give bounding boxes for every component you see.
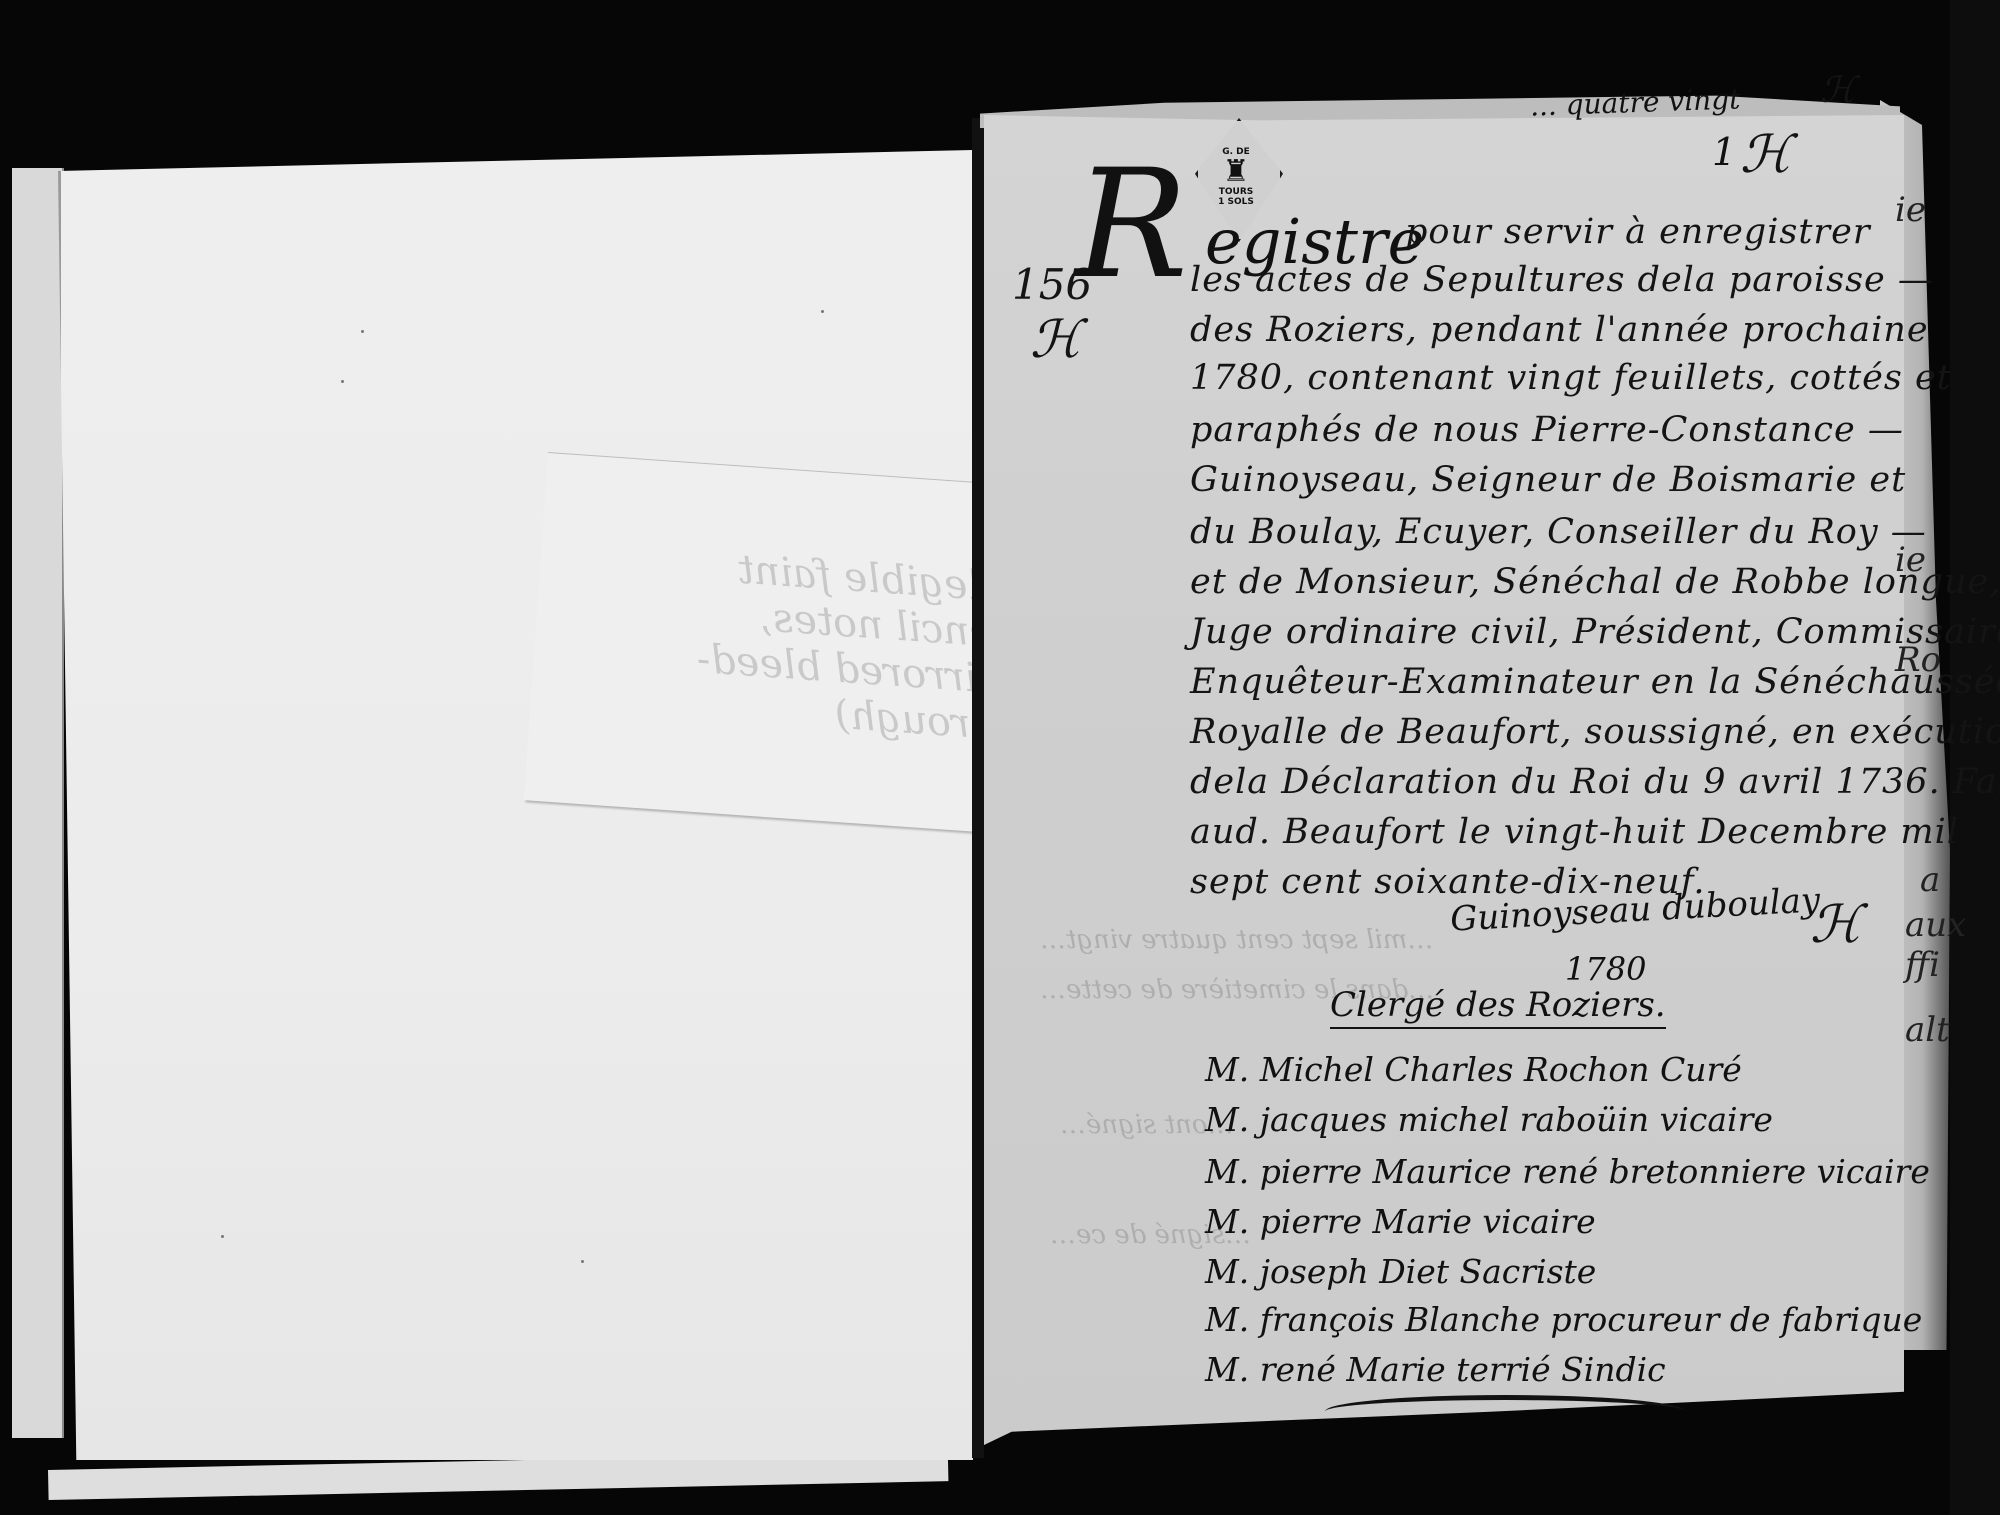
paraph-mark-icon: ℋ [1740, 125, 1791, 185]
clergy-member: M. pierre Marie vicaire [1205, 1202, 1596, 1241]
body-line: aud. Beaufort le vingt-huit Decembre mil [1190, 812, 1959, 852]
seal-text-right: TOURS [1219, 187, 1254, 197]
member-name: françois Blanche [1260, 1300, 1540, 1339]
paper-speck [341, 380, 344, 383]
body-line: les actes de Sepultures dela paroisse — [1190, 260, 1934, 300]
edge-fragment: Ro [1895, 640, 1941, 680]
inserted-paper-slip: (illegible faint pencil notes, mirrored … [524, 452, 1029, 834]
paper-speck [221, 1235, 224, 1238]
paper-speck [581, 1260, 584, 1263]
member-role: procureur de fabrique [1551, 1300, 1923, 1339]
binding-shadow [1950, 0, 2000, 1515]
clergy-member: M. Michel Charles Rochon Curé [1205, 1050, 1742, 1089]
edge-fragment: ie [1895, 540, 1926, 580]
body-line: des Roziers, pendant l'année prochaine [1190, 310, 1929, 350]
book-spine [972, 118, 984, 1458]
ink-bleed-through: …mil sept cent quatre vingt… [1040, 925, 1433, 955]
member-prefix: M. [1205, 1202, 1249, 1241]
edge-fragment: alt [1905, 1010, 1950, 1050]
body-line: Juge ordinaire civil, Président, Commiss… [1190, 612, 2000, 652]
member-prefix: M. [1205, 1152, 1249, 1191]
clergy-member: M. joseph Diet Sacriste [1205, 1252, 1596, 1291]
member-name: pierre Marie [1260, 1202, 1472, 1241]
body-line: paraphés de nous Pierre-Constance — [1190, 410, 1904, 450]
body-line: 1780, contenant vingt feuillets, cottés … [1190, 358, 1952, 398]
clergy-member: M. pierre Maurice rené bretonniere vicai… [1205, 1152, 1930, 1191]
clergy-member: M. rené Marie terrié Sindic [1205, 1350, 1666, 1389]
margin-paraph-icon: ℋ [1030, 310, 1081, 370]
member-role: Sindic [1561, 1350, 1666, 1389]
paraph-mark-icon: ℋ [1820, 70, 1856, 111]
member-name: jacques michel raboüin [1260, 1100, 1649, 1139]
member-role: vicaire [1660, 1100, 1773, 1139]
tower-icon: ♜ [1223, 157, 1250, 187]
edge-fragment: a [1920, 860, 1940, 900]
paper-speck [821, 310, 824, 313]
body-line: et de Monsieur, Sénéchal de Robbe longue… [1190, 562, 2000, 602]
body-line: Royalle de Beaufort, soussigné, en exécu… [1190, 712, 2000, 752]
edge-fragment: ffi [1905, 945, 1940, 985]
member-name: joseph Diet [1260, 1252, 1449, 1291]
body-line: Enquêteur-Examinateur en la Sénéchaussée… [1190, 662, 2000, 702]
edge-fragment: aux [1905, 905, 1966, 945]
title-initial: R [1075, 150, 1188, 300]
member-prefix: M. [1205, 1050, 1249, 1089]
underlying-leaf-edge [12, 168, 64, 1438]
clergy-member: M. françois Blanche procureur de fabriqu… [1205, 1300, 1922, 1339]
member-role: vicaire [1482, 1202, 1595, 1241]
signature-paraph-icon: ℋ [1810, 895, 1861, 955]
page-number: 1 [1712, 130, 1736, 174]
member-prefix: M. [1205, 1252, 1249, 1291]
body-line: dela Déclaration du Roi du 9 avril 1736.… [1190, 762, 2000, 802]
member-name: pierre Maurice rené bretonniere [1260, 1152, 1806, 1191]
closing-flourish [1325, 1395, 1685, 1428]
member-role: vicaire [1817, 1152, 1930, 1191]
member-role: Sacriste [1460, 1252, 1597, 1291]
member-name: Michel Charles Rochon [1260, 1050, 1650, 1089]
member-role: Curé [1660, 1050, 1742, 1089]
member-name: rené Marie terrié [1260, 1350, 1551, 1389]
paper-speck [361, 330, 364, 333]
body-line: Guinoyseau, Seigneur de Boismarie et [1190, 460, 1906, 500]
clergy-year: 1780 [1565, 950, 1646, 988]
clergy-header: Clergé des Roziers. [1330, 985, 1666, 1029]
body-line: du Boulay, Ecuyer, Conseiller du Roy — [1190, 512, 1927, 552]
member-prefix: M. [1205, 1300, 1249, 1339]
member-prefix: M. [1205, 1350, 1249, 1389]
member-prefix: M. [1205, 1100, 1249, 1139]
body-line: pour servir à enregistrer [1405, 212, 1871, 252]
edge-fragment: ie [1895, 190, 1926, 230]
clergy-member: M. jacques michel raboüin vicaire [1205, 1100, 1773, 1139]
